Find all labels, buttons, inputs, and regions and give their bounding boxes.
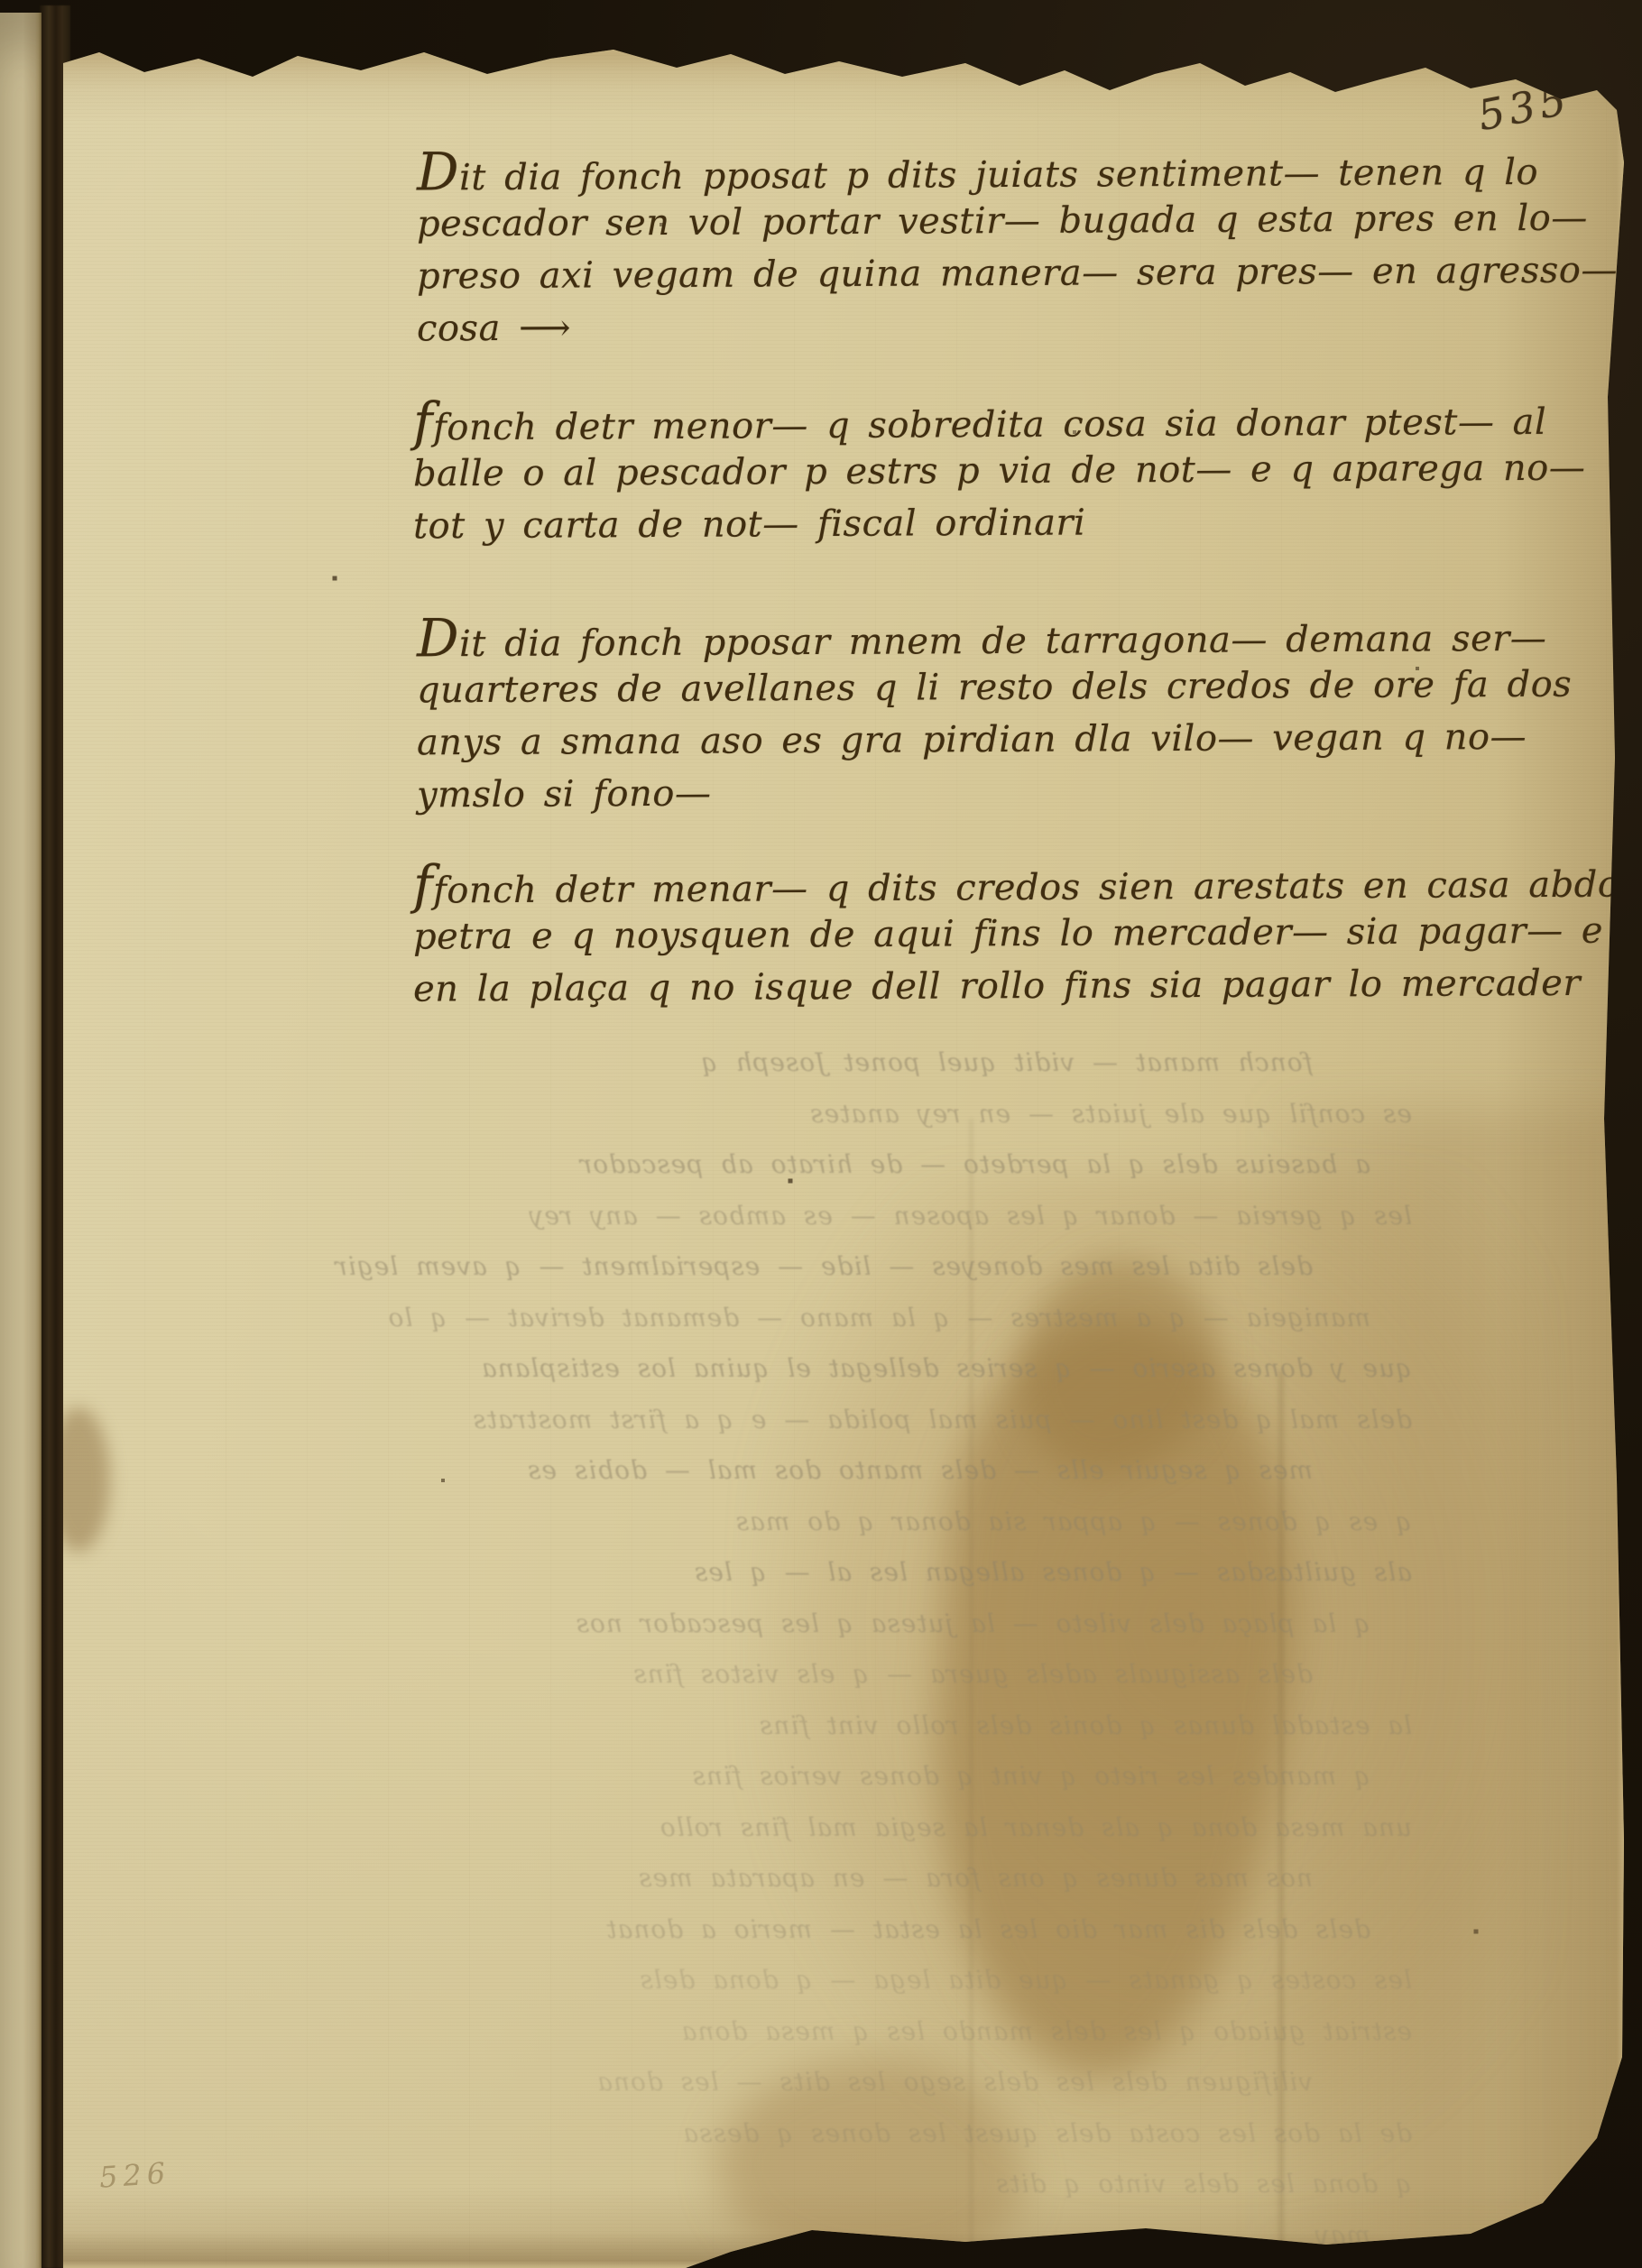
bleed-through-line: q mandes les rieto q vint q dones verios… xyxy=(104,1751,1370,1802)
ink-line: ymslo si fono— xyxy=(417,763,1573,822)
bleed-through-line: manigeia — q a mestres — q la mano — dem… xyxy=(104,1293,1370,1344)
bleed-through-line: la estadal dunas q donis dels rollo vint… xyxy=(104,1701,1412,1752)
ink-line: Dit dia fonch pposat p dits juiats senti… xyxy=(417,140,1618,198)
ink-paragraph-3: Dit dia fonch pposar mnem de tarragona— … xyxy=(417,609,1572,818)
ink-paragraph-2: ffonch detr menor— q sobredita cosa sia … xyxy=(413,392,1585,549)
bleed-through-line: les costes q ganats — que dita lega — q … xyxy=(104,1955,1412,2006)
bleed-through-line: nos mas dunes q ons fora — en aparata me… xyxy=(104,1853,1313,1904)
bleed-through-line: may xyxy=(104,2210,1370,2262)
ink-line: ffonch detr menar— q dits credos sien ar… xyxy=(413,852,1642,910)
bleed-through-line: mes q seguir ells — dels manto dos mal —… xyxy=(104,1445,1313,1497)
ink-line: en la plaça q no isque dell rollo fins s… xyxy=(413,956,1642,1015)
ink-line: anys a smana aso es gra pirdian dla vilo… xyxy=(417,711,1573,770)
bleed-through-line: dels mal q dest lino — puis mal polida —… xyxy=(104,1395,1412,1446)
bleed-through-line: que y dones aserio — q series dellegat e… xyxy=(104,1343,1412,1395)
bleed-through-line: fonch manat — vidit quel ponet Joseph q xyxy=(104,1037,1313,1089)
manuscript-page: fonch manat — vidit quel ponet Joseph qe… xyxy=(63,36,1631,2268)
bleed-through-text: fonch manat — vidit quel ponet Joseph qe… xyxy=(104,1037,1412,2261)
bleed-through-line: estriat guiado q les dels mando les q me… xyxy=(104,2006,1412,2058)
bleed-through-line: als guiltasdas — q dones allegan les al … xyxy=(104,1547,1412,1599)
bleed-through-line: dels dita les mes doneyes — lide — esper… xyxy=(104,1241,1313,1293)
ink-line: preso axi vegam de quina manera— sera pr… xyxy=(417,244,1618,303)
bleed-through-line: q la plaça dels vileto — la jutesa q les… xyxy=(104,1599,1370,1650)
ink-line: quarteres de avellanes q li resto dels c… xyxy=(417,659,1573,717)
bleed-through-line: q dona les dels vinto q dits xyxy=(104,2159,1412,2210)
ink-line: tot y carta de not— fiscal ordinari xyxy=(413,494,1586,553)
bleed-through-line: q es q dones — q appar sia donar q do ma… xyxy=(104,1497,1412,1548)
ink-line: balle o al pescador p estrs p via de not… xyxy=(413,442,1586,501)
bleed-through-line: es confil que ale juiats — en rey anates xyxy=(104,1089,1412,1140)
ink-line: pescador sen vol portar vestir— bugada q… xyxy=(417,192,1618,251)
bleed-through-line: les q gereia — donar q les aposen — es a… xyxy=(104,1191,1412,1242)
bleed-through-line: vilifiguen dels les dels sego les dits —… xyxy=(104,2057,1313,2108)
bleed-through-line: dels dels dis mar dio les la estat — mer… xyxy=(104,1904,1370,1956)
ink-line: Dit dia fonch pposar mnem de tarragona— … xyxy=(417,606,1573,665)
manuscript-scan: fonch manat — vidit quel ponet Joseph qe… xyxy=(0,0,1642,2268)
ink-line: petra e q noysquen de aqui fins lo merca… xyxy=(413,904,1642,963)
ink-paragraph-1: Dit dia fonch pposat p dits juiats senti… xyxy=(417,143,1618,352)
bleed-through-line: una mesa dona q als denar la segia mal f… xyxy=(104,1802,1412,1854)
previous-page-edge xyxy=(0,13,42,2268)
folio-number: 535 xyxy=(1474,75,1574,141)
ink-line: cosa ⟶ xyxy=(417,297,1618,355)
bleed-through-line: a baseius dels q la perdeto — de hirato … xyxy=(104,1139,1370,1191)
ink-paragraph-4: ffonch detr menar— q dits credos sien ar… xyxy=(413,855,1642,1012)
pencil-foliation-number: 526 xyxy=(98,2155,172,2194)
bleed-through-line: dels assiguals adels guera — q els visto… xyxy=(104,1649,1313,1701)
ink-line: ffonch detr menor— q sobredita cosa sia … xyxy=(413,390,1586,448)
bleed-through-line: de la dos les costa dels quest les dones… xyxy=(104,2108,1412,2160)
